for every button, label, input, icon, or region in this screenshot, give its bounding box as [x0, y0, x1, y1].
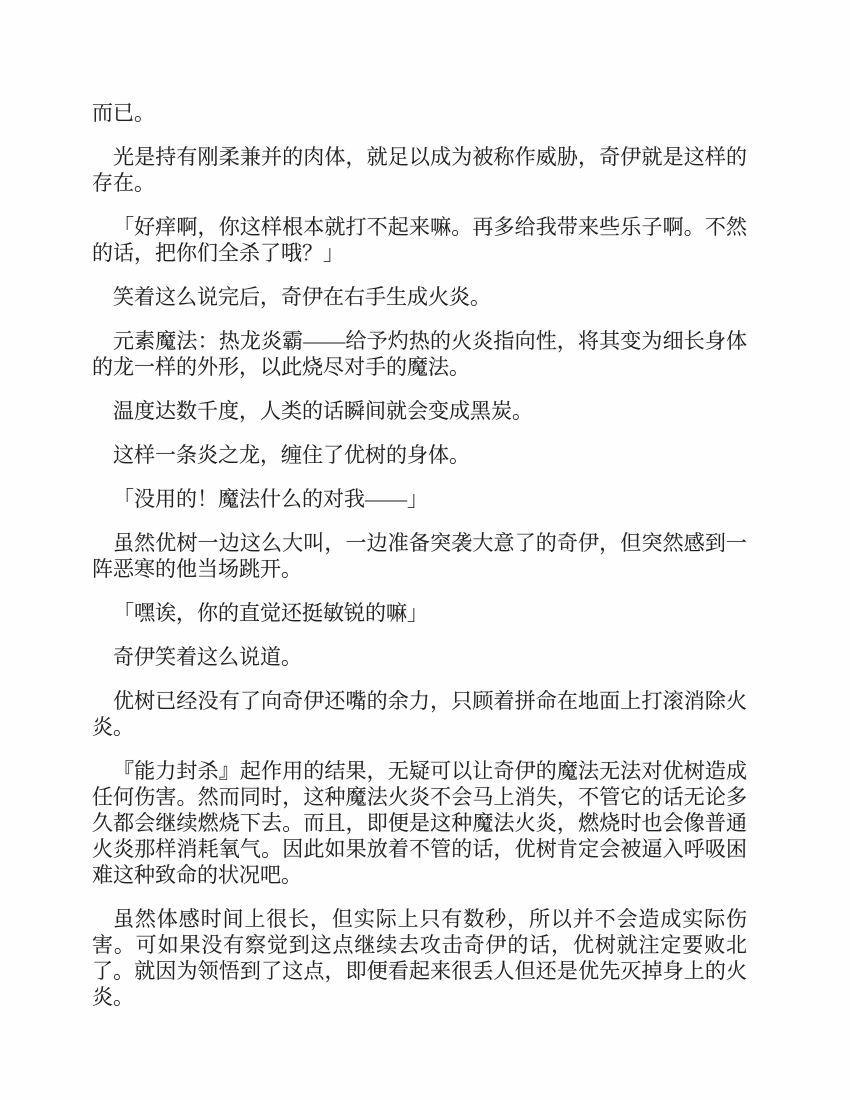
paragraph: 元素魔法：热龙炎霸——给予灼热的火炎指向性，将其变为细长身体的龙一样的外形，以此… — [92, 328, 747, 380]
paragraph-dialogue: 「没用的！魔法什么的对我——」 — [92, 486, 747, 512]
paragraph: 虽然体感时间上很长，但实际上只有数秒，所以并不会造成实际伤害。可如果没有察觉到这… — [92, 906, 747, 1010]
paragraph: 光是持有刚柔兼并的肉体，就足以成为被称作威胁，奇伊就是这样的存在。 — [92, 144, 747, 196]
text-block: 而已。 光是持有刚柔兼并的肉体，就足以成为被称作威胁，奇伊就是这样的存在。 「好… — [92, 100, 747, 1010]
paragraph: 这样一条炎之龙，缠住了优树的身体。 — [92, 442, 747, 468]
paragraph-continuation: 而已。 — [92, 100, 747, 126]
paragraph: 奇伊笑着这么说道。 — [92, 644, 747, 670]
paragraph: 优树已经没有了向奇伊还嘴的余力，只顾着拼命在地面上打滚消除火炎。 — [92, 688, 747, 740]
paragraph-dialogue: 「好痒啊，你这样根本就打不起来嘛。再多给我带来些乐子啊。不然的话，把你们全杀了哦… — [92, 214, 747, 266]
paragraph-dialogue: 「嘿诶，你的直觉还挺敏锐的嘛」 — [92, 600, 747, 626]
paragraph: 笑着这么说完后，奇伊在右手生成火炎。 — [92, 284, 747, 310]
document-page: 而已。 光是持有刚柔兼并的肉体，就足以成为被称作威胁，奇伊就是这样的存在。 「好… — [0, 0, 850, 1100]
paragraph: 『能力封杀』起作用的结果，无疑可以让奇伊的魔法无法对优树造成任何伤害。然而同时，… — [92, 758, 747, 888]
paragraph: 虽然优树一边这么大叫，一边准备突袭大意了的奇伊，但突然感到一阵恶寒的他当场跳开。 — [92, 530, 747, 582]
paragraph: 温度达数千度，人类的话瞬间就会变成黑炭。 — [92, 398, 747, 424]
